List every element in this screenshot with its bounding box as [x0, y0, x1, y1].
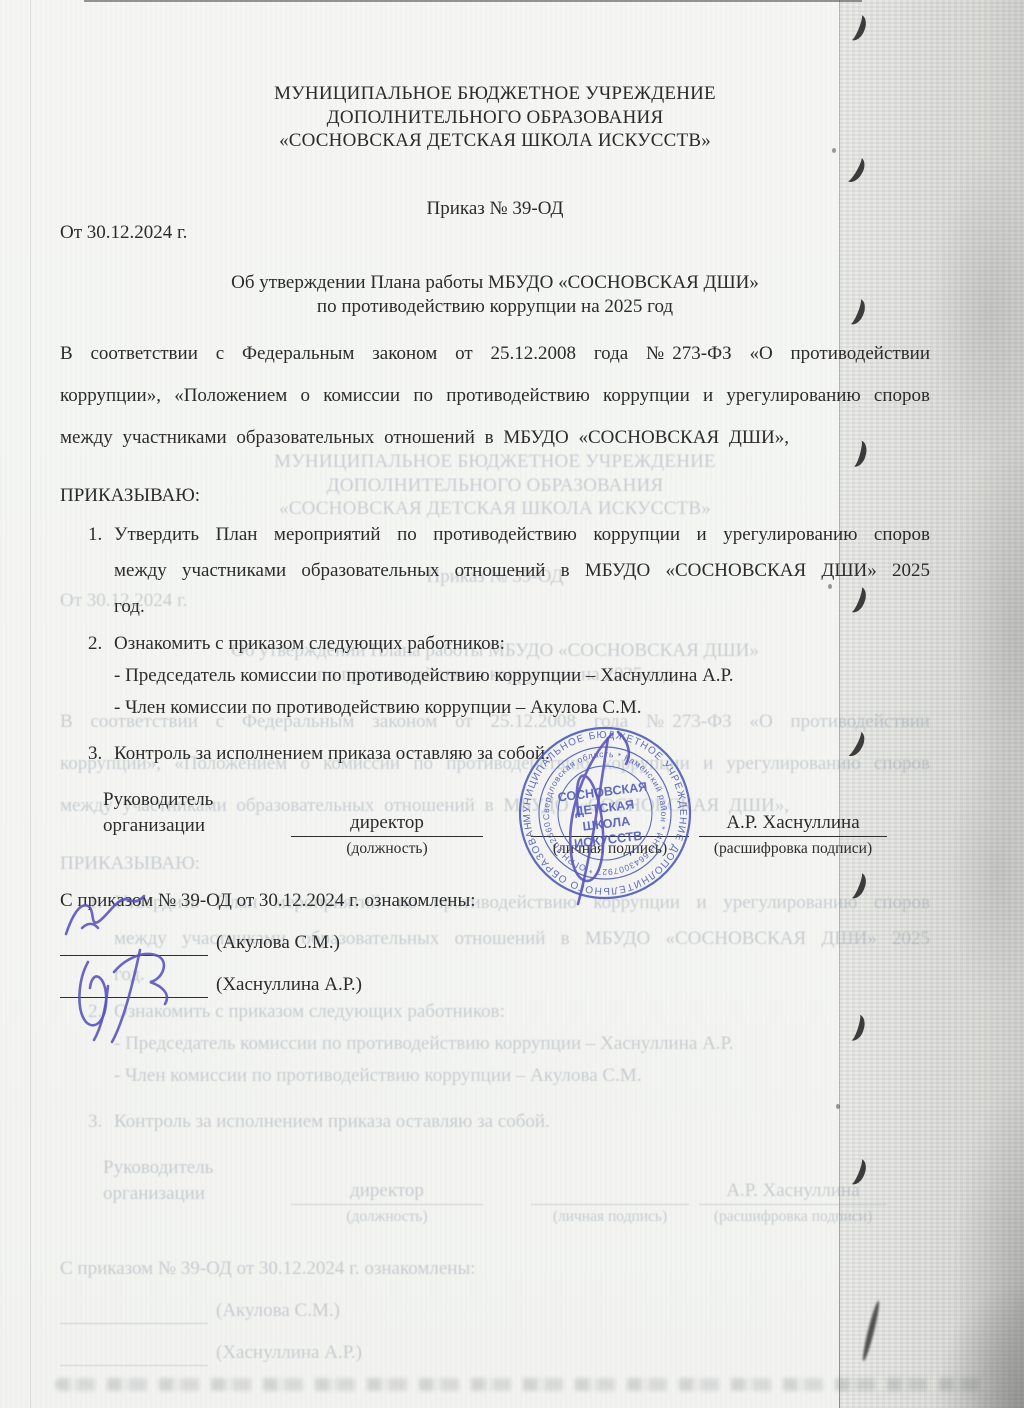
ghost-signer-role-line2: организации [103, 1181, 273, 1207]
ghost-signer-role: Руководитель организации [60, 1155, 273, 1226]
order-date: От 30.12.2024 г. [60, 221, 930, 245]
ghost-item-3-number: 3. [88, 1109, 114, 1135]
ghost-personal-signature-underline [531, 1203, 689, 1205]
ghost-acknowledgement-line-1: (Акулова С.М.) [60, 1298, 930, 1324]
ghost-personal-signature-field: (личная подпись) [531, 1155, 689, 1226]
position-value: директор [291, 811, 483, 835]
ghost-signature-row: Руководитель организации директор (должн… [60, 1155, 930, 1226]
org-name-line3: «СОСНОВСКАЯ ДЕТСКАЯ ШКОЛА ИСКУССТВ» [60, 129, 930, 153]
scan-fold-line [30, 0, 31, 1408]
item-2-number: 2. [88, 631, 114, 657]
ghost-acknowledgement-line-2: (Хаснуллина А.Р.) [60, 1340, 930, 1366]
org-header: МУНИЦИПАЛЬНОЕ БЮДЖЕТНОЕ УЧРЕЖДЕНИЕ ДОПОЛ… [60, 82, 930, 153]
ghost-item-3-text: Контроль за исполнением приказа оставляю… [114, 1109, 930, 1135]
signer-role: Руководитель организации [60, 787, 273, 858]
order-title: Приказ № 39-ОД [60, 197, 930, 221]
ghost-order-item-3: 3. Контроль за исполнением приказа остав… [60, 1109, 930, 1135]
item-2-text: Ознакомить с приказом следующих работник… [114, 631, 930, 657]
ghost-personal-signature-space [531, 1179, 689, 1203]
document-content: МУНИЦИПАЛЬНОЕ БЮДЖЕТНОЕ УЧРЕЖДЕНИЕ ДОПОЛ… [0, 0, 1024, 998]
item-2-sub-1: - Председатель комиссии по противодейств… [114, 663, 930, 689]
scanned-page: МУНИЦИПАЛЬНОЕ БЮДЖЕТНОЕ УЧРЕЖДЕНИЕ ДОПОЛ… [0, 0, 1024, 1408]
preamble-paragraph: В соответствии с Федеральным законом от … [60, 333, 930, 459]
order-subject: Об утверждении Плана работы МБУДО «СОСНО… [60, 271, 930, 319]
subject-line2: по противодействию коррупции на 2025 год [60, 295, 930, 319]
item-3-number: 3. [88, 741, 114, 767]
ack-name-1: (Акулова С.М.) [208, 930, 340, 956]
org-name-line1: МУНИЦИПАЛЬНОЕ БЮДЖЕТНОЕ УЧРЕЖДЕНИЕ [60, 82, 930, 106]
scan-top-edge [84, 0, 862, 2]
signature-row: Руководитель организации директор (должн… [60, 787, 930, 858]
ghost-position-field: директор (должность) [291, 1155, 483, 1226]
scan-speck [832, 148, 836, 153]
ghost-item-2-text: Ознакомить с приказом следующих работник… [114, 999, 930, 1025]
acknowledgement-heading: С приказом № 39-ОД от 30.12.2024 г. озна… [60, 888, 930, 914]
ghost-position-caption: (должность) [291, 1205, 483, 1226]
ghost-ack-underline-2 [60, 1341, 208, 1366]
item-1-number: 1. [88, 517, 114, 625]
scan-speck [828, 584, 832, 589]
khasnullina-signature [68, 928, 200, 1046]
position-caption: (должность) [291, 837, 483, 858]
position-field: директор (должность) [291, 787, 483, 858]
order-item-2: 2. Ознакомить с приказом следующих работ… [60, 631, 930, 657]
ghost-item-2-sub-1: - Председатель комиссии по противодейств… [114, 1031, 930, 1057]
ghost-personal-signature-caption: (личная подпись) [531, 1205, 689, 1226]
transcript-value: А.Р. Хаснуллина [699, 811, 887, 835]
ghost-position-value: директор [291, 1179, 483, 1203]
subject-line1: Об утверждении Плана работы МБУДО «СОСНО… [60, 271, 930, 295]
transcript-caption: (расшифровка подписи) [699, 837, 887, 858]
ghost-signer-role-line1: Руководитель [103, 1155, 273, 1181]
bottom-bleed-smudge [55, 1378, 985, 1391]
ghost-ack-name-2: (Хаснуллина А.Р.) [208, 1340, 362, 1366]
signer-role-line1: Руководитель [103, 787, 273, 813]
ghost-item-2-sub-2: - Член комиссии по противодействию корру… [114, 1063, 930, 1089]
signer-role-line2: организации [103, 813, 273, 839]
order-item-3: 3. Контроль за исполнением приказа остав… [60, 741, 930, 767]
ghost-ack-underline-1 [60, 1299, 208, 1324]
ghost-position-underline [291, 1203, 483, 1205]
item-2-sub-2: - Член комиссии по противодействию корру… [114, 695, 930, 721]
resolve-word: ПРИКАЗЫВАЮ: [60, 483, 930, 509]
transcript-field: А.Р. Хаснуллина (расшифровка подписи) [699, 787, 887, 858]
org-name-line2: ДОПОЛНИТЕЛЬНОГО ОБРАЗОВАНИЯ [60, 106, 930, 130]
scan-speck [836, 1104, 840, 1109]
item-1-text: Утвердить План мероприятий по противодей… [114, 517, 930, 625]
order-item-1: 1. Утвердить План мероприятий по противо… [60, 517, 930, 625]
order-items: 1. Утвердить План мероприятий по противо… [60, 517, 930, 767]
director-signature [548, 724, 660, 912]
ack-name-2: (Хаснуллина А.Р.) [208, 972, 362, 998]
ghost-acknowledgement-heading: С приказом № 39-ОД от 30.12.2024 г. озна… [60, 1256, 930, 1282]
ghost-ack-name-1: (Акулова С.М.) [208, 1298, 340, 1324]
